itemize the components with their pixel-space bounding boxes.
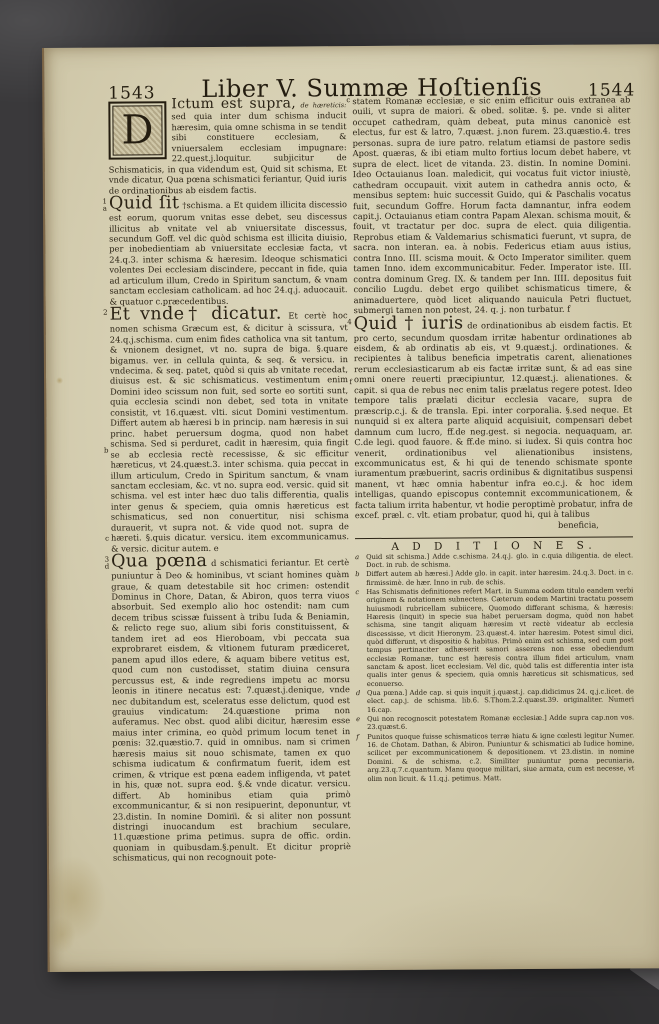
intro-paragraph: D Ictum est supra, de hæreticis: sed qui… — [108, 98, 347, 196]
additiones-entry: c Has Schismatis definitiones refert Mar… — [355, 586, 634, 688]
entry-text: Punitos quoque fuisse schismaticos terræ… — [367, 731, 634, 782]
margin-letter: d — [98, 563, 109, 571]
margin-letter: c — [339, 96, 350, 104]
paragraph-body: statem Romanæ ecclesiæ, e sic enim effic… — [352, 94, 631, 315]
section-body: †schisma. a Et quidem illicita discessio… — [109, 199, 348, 306]
margin-letter: b — [97, 447, 108, 455]
right-text-column: c f statem Romanæ ecclesiæ, e sic enim e… — [352, 94, 634, 784]
entry-letter: c — [355, 588, 359, 596]
entry-letter: b — [355, 570, 359, 578]
entry-letter: f — [356, 733, 359, 741]
entry-text: Quid sit schisma.] Adde c.schisma. 24.q.… — [366, 551, 633, 569]
margin-letter: a — [96, 205, 107, 213]
entry-letter: e — [356, 715, 360, 723]
entry-letter: a — [355, 553, 359, 561]
left-text-column: D Ictum est supra, de hæreticis: sed qui… — [108, 98, 351, 863]
margin-letter: f — [341, 378, 352, 386]
additiones-entry: e Qui non recognoscit potestatem Romanæ … — [356, 714, 634, 732]
entry-letter: d — [356, 689, 360, 697]
section-body: Et certè hoc nomen schisma Græcum est, &… — [110, 310, 349, 553]
section-et-vnde: 2 b c Et vnde† dicatur. Et certè hoc nom… — [110, 305, 350, 553]
book-page: 1543 Liber V. Summæ Hoſtienſis 1544 D Ic… — [42, 44, 659, 972]
section-body: de ordinationibus ab eisdem factis. Et p… — [354, 319, 633, 520]
additiones-entry: b Differt autem ab hæresi.] Adde glo. in… — [355, 569, 633, 587]
section-heading: Quid † iuris — [354, 313, 464, 334]
additiones-entry: a Quid sit schisma.] Adde c.schisma. 24.… — [355, 551, 633, 569]
section-quid-iuris: 4 Quid † iuris de ordinationibus ab eisd… — [354, 314, 633, 521]
decorated-initial-D: D — [108, 101, 166, 159]
continuation-paragraph: c f statem Romanæ ecclesiæ, e sic enim e… — [352, 94, 631, 315]
intro-lead: Ictum est supra, — [171, 95, 296, 112]
catchword: beneficia, — [355, 519, 633, 531]
entry-text: Differt autem ab hæresi.] Adde glo. in c… — [366, 569, 633, 587]
margin-number: 2 — [97, 309, 108, 317]
additiones-entry: d Qua pœna.] Adde cap. si quis inquit j.… — [356, 687, 634, 714]
entry-text: Has Schismatis definitiones refert Mart.… — [366, 586, 634, 687]
section-heading: Qua pœna — [111, 551, 207, 572]
margin-letter: c — [98, 535, 109, 543]
section-quid-sit: 1 a Quid ſit †schisma. a Et quidem illic… — [109, 194, 348, 307]
section-heading: Et vnde† dicatur. — [110, 304, 282, 325]
entry-text: Qua pœna.] Adde cap. si quis inquit j.qu… — [367, 687, 634, 713]
section-body: d schismatici feriantur. Et certè puniun… — [111, 557, 351, 863]
section-qua-poena: 3 d Qua pœna d schismatici feriantur. Et… — [111, 552, 351, 863]
entry-text: Qui non recognoscit potestatem Romanæ ec… — [367, 714, 634, 732]
additiones-entry: f Punitos quoque fuisse schismaticos ter… — [356, 731, 634, 783]
section-heading: Quid ſit — [109, 193, 180, 213]
margin-number: 4 — [341, 318, 352, 326]
